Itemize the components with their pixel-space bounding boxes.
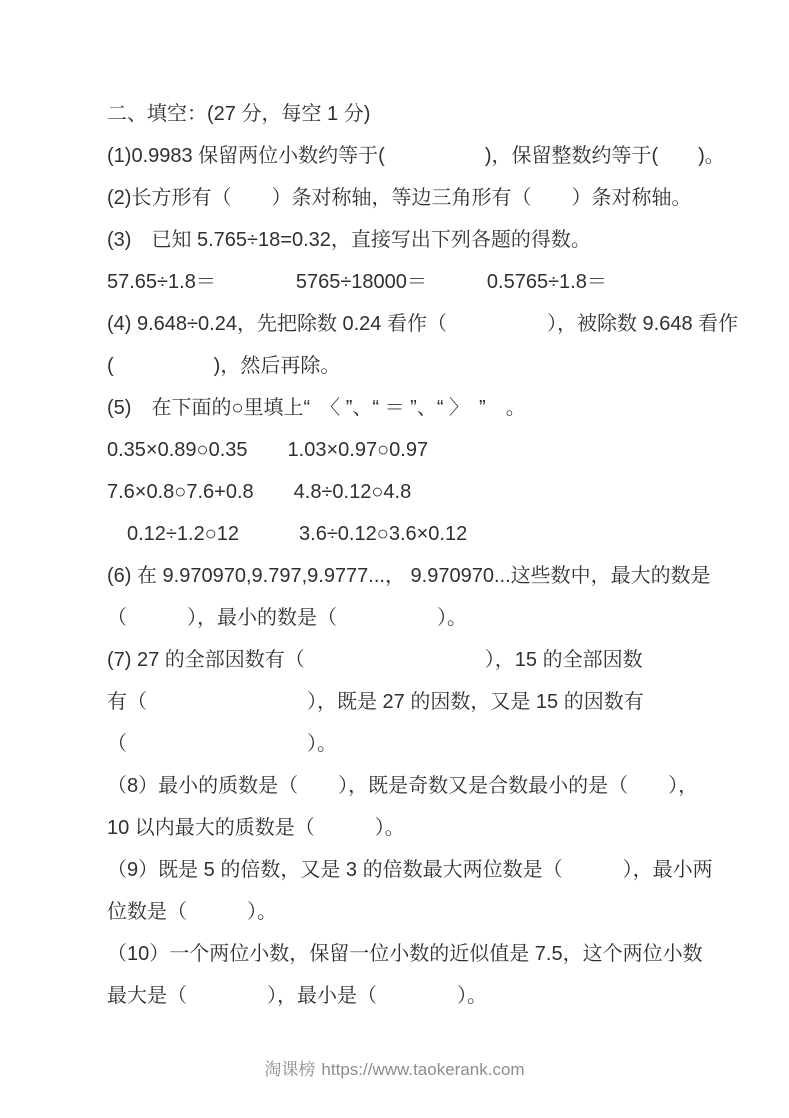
question-line: (7) 27 的全部因数有（ ），15 的全部因数 bbox=[107, 639, 747, 681]
question-line: （8）最小的质数是（ ），既是奇数又是合数最小的是（ ）， bbox=[107, 765, 747, 807]
question-line: 7.6×0.8○7.6+0.8 4.8÷0.12○4.8 bbox=[107, 471, 747, 513]
question-line: 最大是（ ），最小是（ ）。 bbox=[107, 975, 747, 1017]
question-line: （10）一个两位小数，保留一位小数的近似值是 7.5，这个两位小数 bbox=[107, 933, 747, 975]
section-title: 二、填空：(27 分，每空 1 分) bbox=[107, 93, 747, 135]
footer-brand: 淘课榜 bbox=[264, 1060, 315, 1079]
question-line: (5) 在下面的○里填上“ 〈 ”、“ ＝ ”、“ 〉 ” 。 bbox=[107, 387, 747, 429]
question-line: (4) 9.648÷0.24，先把除数 0.24 看作（ ），被除数 9.648… bbox=[107, 303, 747, 345]
question-line: 有（ ），既是 27 的因数，又是 15 的因数有 bbox=[107, 681, 747, 723]
question-line: ( )，然后再除。 bbox=[107, 345, 747, 387]
question-line: 57.65÷1.8＝ 5765÷18000＝ 0.5765÷1.8＝ bbox=[107, 261, 747, 303]
question-line: （9）既是 5 的倍数，又是 3 的倍数最大两位数是（ ），最小两 bbox=[107, 849, 747, 891]
question-line: （ ），最小的数是（ ）。 bbox=[107, 597, 747, 639]
footer-watermark: 淘课榜https://www.taokerank.com bbox=[0, 1059, 789, 1081]
question-line: 位数是（ ）。 bbox=[107, 891, 747, 933]
question-line: 10 以内最大的质数是（ ）。 bbox=[107, 807, 747, 849]
question-line: (2)长方形有（ ）条对称轴，等边三角形有（ ）条对称轴。 bbox=[107, 177, 747, 219]
worksheet-content: 二、填空：(27 分，每空 1 分) (1)0.9983 保留两位小数约等于( … bbox=[107, 93, 747, 1017]
worksheet-page: 二、填空：(27 分，每空 1 分) (1)0.9983 保留两位小数约等于( … bbox=[0, 0, 789, 1118]
question-line: (1)0.9983 保留两位小数约等于( )，保留整数约等于( )。 bbox=[107, 135, 747, 177]
question-line: 0.12÷1.2○12 3.6÷0.12○3.6×0.12 bbox=[107, 513, 747, 555]
question-line: 0.35×0.89○0.35 1.03×0.97○0.97 bbox=[107, 429, 747, 471]
worksheet-lines: (1)0.9983 保留两位小数约等于( )，保留整数约等于( )。(2)长方形… bbox=[107, 135, 747, 1017]
footer-url: https://www.taokerank.com bbox=[321, 1060, 524, 1079]
question-line: （ ）。 bbox=[107, 723, 747, 765]
question-line: (3) 已知 5.765÷18=0.32，直接写出下列各题的得数。 bbox=[107, 219, 747, 261]
question-line: (6) 在 9.970970,9.797,9.9777...， 9.970970… bbox=[107, 555, 747, 597]
